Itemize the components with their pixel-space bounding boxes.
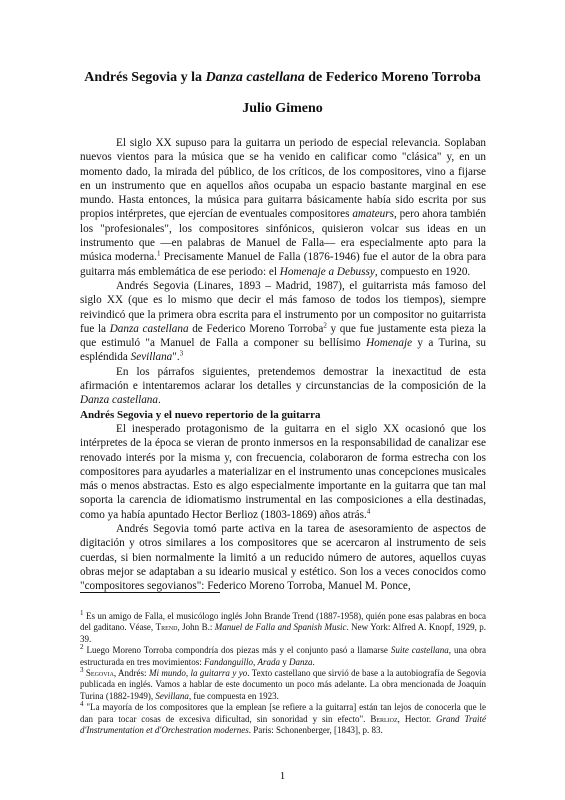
document-title: Andrés Segovia y la Danza castellana de … [0,70,565,86]
text: Andrés Segovia tomó parte activa en la t… [80,523,486,592]
author-name: Berlioz [370,714,397,724]
italic-text: Danza castellana [80,394,158,406]
italic-text: Manuel de Falla and Spanish Music [215,622,347,632]
italic-text: Fandanguillo [204,657,253,667]
paragraph-3: En los párrafos siguientes, pretendemos … [80,365,486,408]
italic-text: amateurs [352,208,394,220]
author-name: Segovia [84,668,114,678]
paragraph-2: Andrés Segovia (Linares, 1893 – Madrid, … [80,279,486,365]
italic-text: Danza [289,657,313,667]
text: , Hector. [398,714,436,724]
title-text: Andrés Segovia y la [84,70,205,85]
italic-text: Homenaje [366,337,412,349]
text: ". [172,351,179,363]
text: Luego Moreno Torroba compondría dos piez… [84,645,391,655]
text: , fue compuesta en 1923. [189,691,279,701]
italic-text: Homenaje a Debussy [280,266,375,278]
footnotes: 1 Es un amigo de Falla, el musicólogo in… [80,611,486,736]
author-name: Trend [156,622,178,632]
text: El inesperado protagonismo de la guitarr… [80,423,486,521]
text: y [280,657,289,667]
footnote-ref-4[interactable]: 4 [367,507,371,515]
paragraph-1: El siglo XX supuso para la guitarra un p… [80,136,486,279]
footnote-ref-3[interactable]: 3 [180,350,184,358]
page-number: 1 [0,770,565,782]
italic-text: Danza castellana [110,323,189,335]
title-text-end: de Federico Moreno Torroba [305,70,481,85]
text: . [312,657,314,667]
text: , Andrés: [114,668,149,678]
paragraph-5: Andrés Segovia tomó parte activa en la t… [80,522,486,593]
footnote-3: 3 Segovia, Andrés: Mi mundo, la guitarra… [80,668,486,702]
italic-text: Suite castellana [391,645,449,655]
footnote-4: 4 "La mayoría de los compositores que la… [80,702,486,736]
italic-text: Mi mundo, la guitarra y yo [149,668,247,678]
body-text: El siglo XX supuso para la guitarra un p… [80,136,486,594]
text: de Federico Moreno Torroba [189,323,324,335]
title-italic-text: Danza castellana [206,70,305,85]
italic-text: Sevillana [155,691,189,701]
document-page: Andrés Segovia y la Danza castellana de … [0,0,565,800]
italic-text: Arada [257,657,280,667]
footnote-1: 1 Es un amigo de Falla, el musicólogo in… [80,611,486,645]
footnote-2: 2 Luego Moreno Torroba compondría dos pi… [80,645,486,668]
text: , John B.: [177,622,214,632]
section-heading: Andrés Segovia y el nuevo repertorio de … [80,408,486,422]
text: , compuesto en 1920. [375,266,470,278]
document-author: Julio Gimeno [0,101,565,117]
italic-text: Sevillana [131,351,173,363]
paragraph-4: El inesperado protagonismo de la guitarr… [80,422,486,522]
text: . Paris: Schonenberger, [1843], p. 83. [249,725,383,735]
footnote-divider [80,592,220,593]
text: . [158,394,161,406]
text: En los párrafos siguientes, pretendemos … [80,366,486,392]
